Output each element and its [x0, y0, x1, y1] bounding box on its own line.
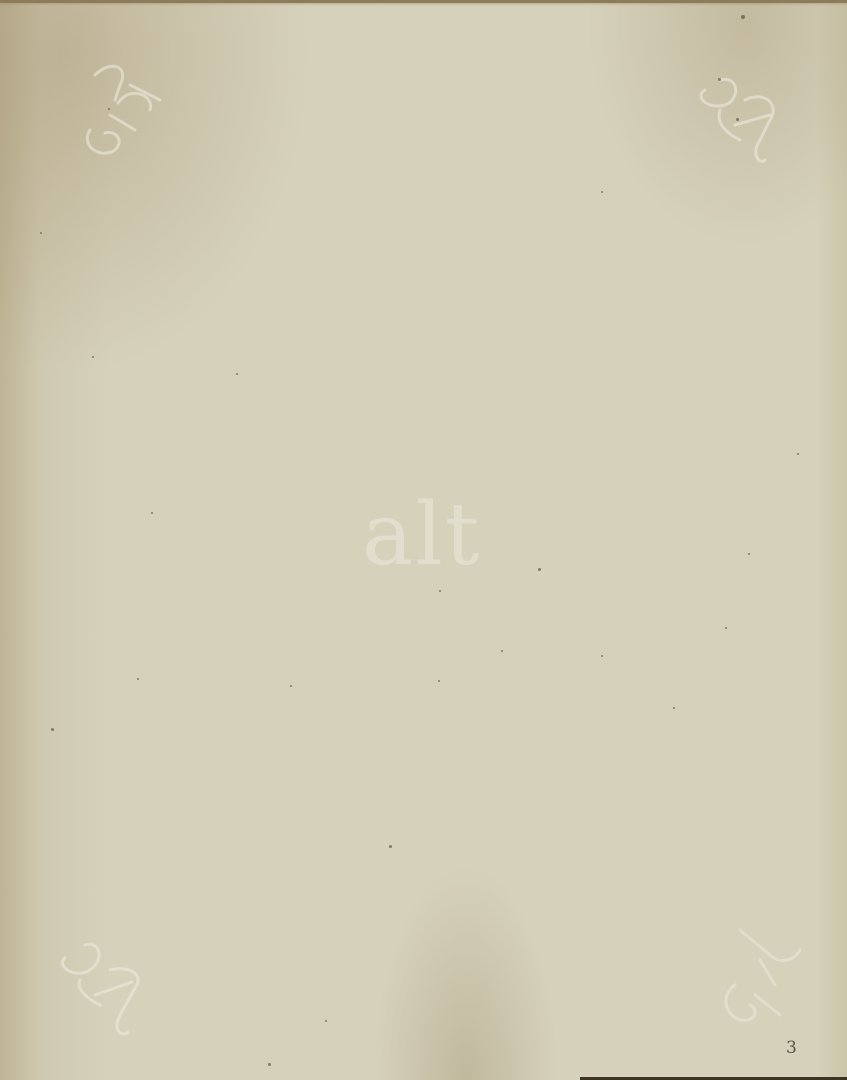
page-number: 3: [786, 1040, 797, 1057]
foxing-speck: [151, 512, 153, 514]
page-top-edge: [0, 0, 847, 3]
foxing-speck: [51, 728, 54, 731]
foxing-speck: [601, 655, 603, 657]
monogram-watermark-icon: [700, 925, 820, 1035]
foxing-speck: [439, 590, 441, 592]
foxing-speck: [389, 845, 392, 848]
foxing-speck: [718, 78, 721, 81]
foxing-speck: [673, 707, 675, 709]
foxing-speck: [538, 568, 541, 571]
monogram-watermark-icon: [60, 55, 180, 165]
foxing-speck: [40, 232, 42, 234]
foxing-speck: [601, 191, 603, 193]
foxing-speck: [236, 373, 238, 375]
monogram-watermark-icon: [675, 60, 795, 170]
monogram-watermark-icon: [40, 930, 160, 1040]
foxing-speck: [268, 1063, 271, 1066]
foxing-speck: [725, 627, 727, 629]
foxing-speck: [501, 650, 503, 652]
foxing-speck: [92, 356, 94, 358]
foxing-speck: [736, 118, 739, 121]
foxing-speck: [325, 1020, 327, 1022]
foxing-speck: [108, 108, 110, 110]
foxing-speck: [797, 453, 799, 455]
book-page: alt 3: [0, 0, 847, 1080]
foxing-speck: [741, 15, 745, 19]
foxing-speck: [137, 678, 139, 680]
foxing-speck: [438, 680, 440, 682]
foxing-speck: [290, 685, 292, 687]
foxing-speck: [748, 553, 750, 555]
center-watermark: alt: [362, 492, 481, 578]
